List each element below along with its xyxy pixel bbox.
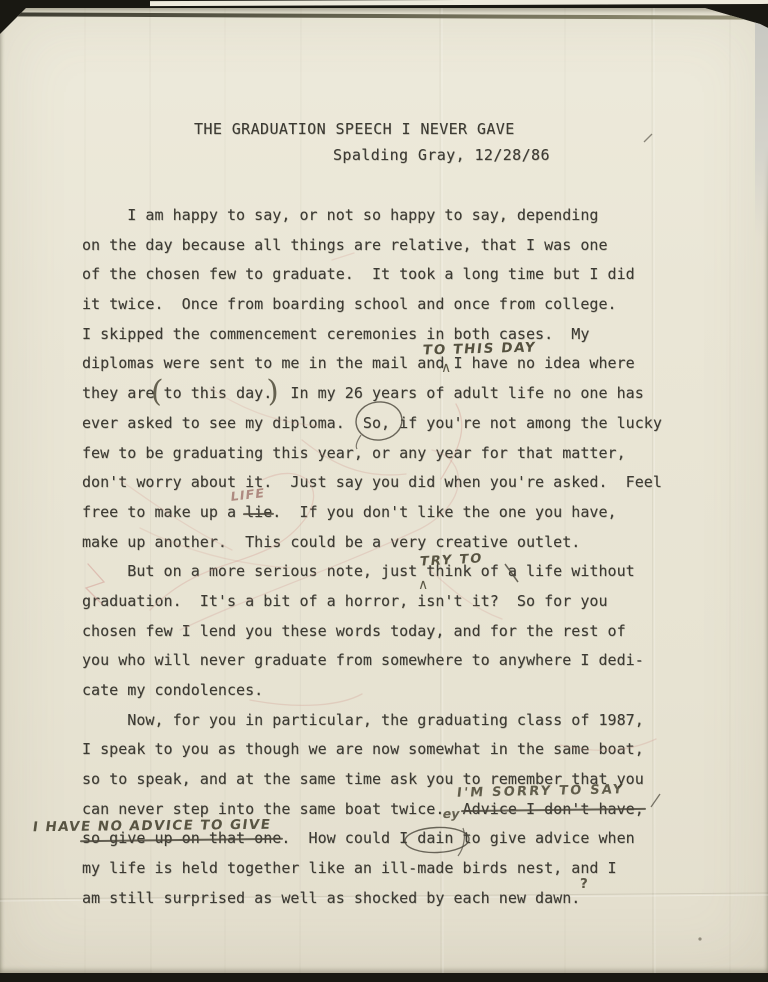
annotation-caret-insert: ∧ xyxy=(418,577,428,593)
typed-line: free to make up a lie. If you don't like… xyxy=(82,498,662,528)
typed-line: I am happy to say, or not so happy to sa… xyxy=(82,201,662,231)
typed-text: I am happy to say, or not so happy to sa… xyxy=(82,206,598,224)
typed-text: But on a more serious note, just think o… xyxy=(82,562,635,580)
typed-line: you who will never graduate from somewhe… xyxy=(82,646,662,676)
typed-text: graduation. It's a bit of a horror, isn'… xyxy=(82,592,608,610)
annotation-paren-open: ( xyxy=(150,374,164,410)
struck-text: lie xyxy=(245,503,272,521)
typed-text: I speak to you as though we are now some… xyxy=(82,740,644,758)
typed-line: I skipped the commencement ceremonies in… xyxy=(82,320,662,350)
typed-line: make up another. This could be a very cr… xyxy=(82,528,662,558)
typed-text: free to make up a xyxy=(82,503,245,521)
typed-text: few to be graduating this year, or any y… xyxy=(82,444,626,462)
paper-top-edge-shadow xyxy=(0,12,752,19)
typed-text: you who will never graduate from somewhe… xyxy=(82,651,644,669)
scanned-page: THE GRADUATION SPEECH I NEVER GAVE Spald… xyxy=(0,0,768,982)
typed-text: on the day because all things are relati… xyxy=(82,236,608,254)
typed-text-block: I am happy to say, or not so happy to sa… xyxy=(82,201,662,914)
typed-text: don't worry about it. Just say you did w… xyxy=(82,473,662,491)
typed-text: of the chosen few to graduate. It took a… xyxy=(82,265,635,283)
typed-text: my life is held together like an ill-mad… xyxy=(82,859,617,877)
typed-line: on the day because all things are relati… xyxy=(82,231,662,261)
scanner-background-right xyxy=(755,8,768,238)
annotation-ey-correction: ey xyxy=(441,806,461,821)
typed-line: am still surprised as well as shocked by… xyxy=(82,884,662,914)
typed-text: ever asked to see my diploma. So, if you… xyxy=(82,414,662,432)
typed-line: don't worry about it. Just say you did w… xyxy=(82,468,662,498)
typed-text: am still surprised as well as shocked by… xyxy=(82,889,580,907)
annotation-no-advice-margin: I HAVE NO ADVICE TO GIVE xyxy=(32,817,273,835)
typed-line: cate my condolences. xyxy=(82,676,662,706)
typed-text: it twice. Once from boarding school and … xyxy=(82,295,617,313)
typed-text: make up another. This could be a very cr… xyxy=(82,533,580,551)
typed-line: But on a more serious note, just think o… xyxy=(82,557,662,587)
typed-line: diplomas were sent to me in the mail and… xyxy=(82,349,662,379)
typed-line: of the chosen few to graduate. It took a… xyxy=(82,260,662,290)
typed-line: few to be graduating this year, or any y… xyxy=(82,439,662,469)
typed-text: Now, for you in particular, the graduati… xyxy=(82,711,644,729)
typed-line: my life is held together like an ill-mad… xyxy=(82,854,662,884)
annotation-paren-close: ) xyxy=(266,374,280,410)
typed-text: chosen few I lend you these words today,… xyxy=(82,622,626,640)
document-byline: Spalding Gray, 12/28/86 xyxy=(333,146,550,164)
annotation-caret-insert: ∧ xyxy=(441,360,451,376)
annotation-to-this-day: TO THIS DAY xyxy=(422,340,537,359)
typed-text: diplomas were sent to me in the mail and… xyxy=(82,354,635,372)
typed-text: they are to this day. In my 26 years of … xyxy=(82,384,644,402)
typed-text: . How could I dain to give advice when xyxy=(281,829,634,847)
typed-line: it twice. Once from boarding school and … xyxy=(82,290,662,320)
typed-line: I speak to you as though we are now some… xyxy=(82,735,662,765)
document-page: THE GRADUATION SPEECH I NEVER GAVE Spald… xyxy=(0,8,768,973)
typed-text: cate my condolences. xyxy=(82,681,263,699)
typed-line: chosen few I lend you these words today,… xyxy=(82,617,662,647)
struck-text: Advice I don't have, xyxy=(463,800,644,818)
annotation-question-mark: ? xyxy=(580,876,588,892)
typed-line: they are to this day. In my 26 years of … xyxy=(82,379,662,409)
typed-line: Now, for you in particular, the graduati… xyxy=(82,706,662,736)
typed-line: graduation. It's a bit of a horror, isn'… xyxy=(82,587,662,617)
typed-line: ever asked to see my diploma. So, if you… xyxy=(82,409,662,439)
typed-text: . If you don't like the one you have, xyxy=(272,503,616,521)
typed-text: can never step into the same boat twice. xyxy=(82,800,463,818)
document-title: THE GRADUATION SPEECH I NEVER GAVE xyxy=(194,120,515,138)
scanner-background-top xyxy=(150,0,768,6)
